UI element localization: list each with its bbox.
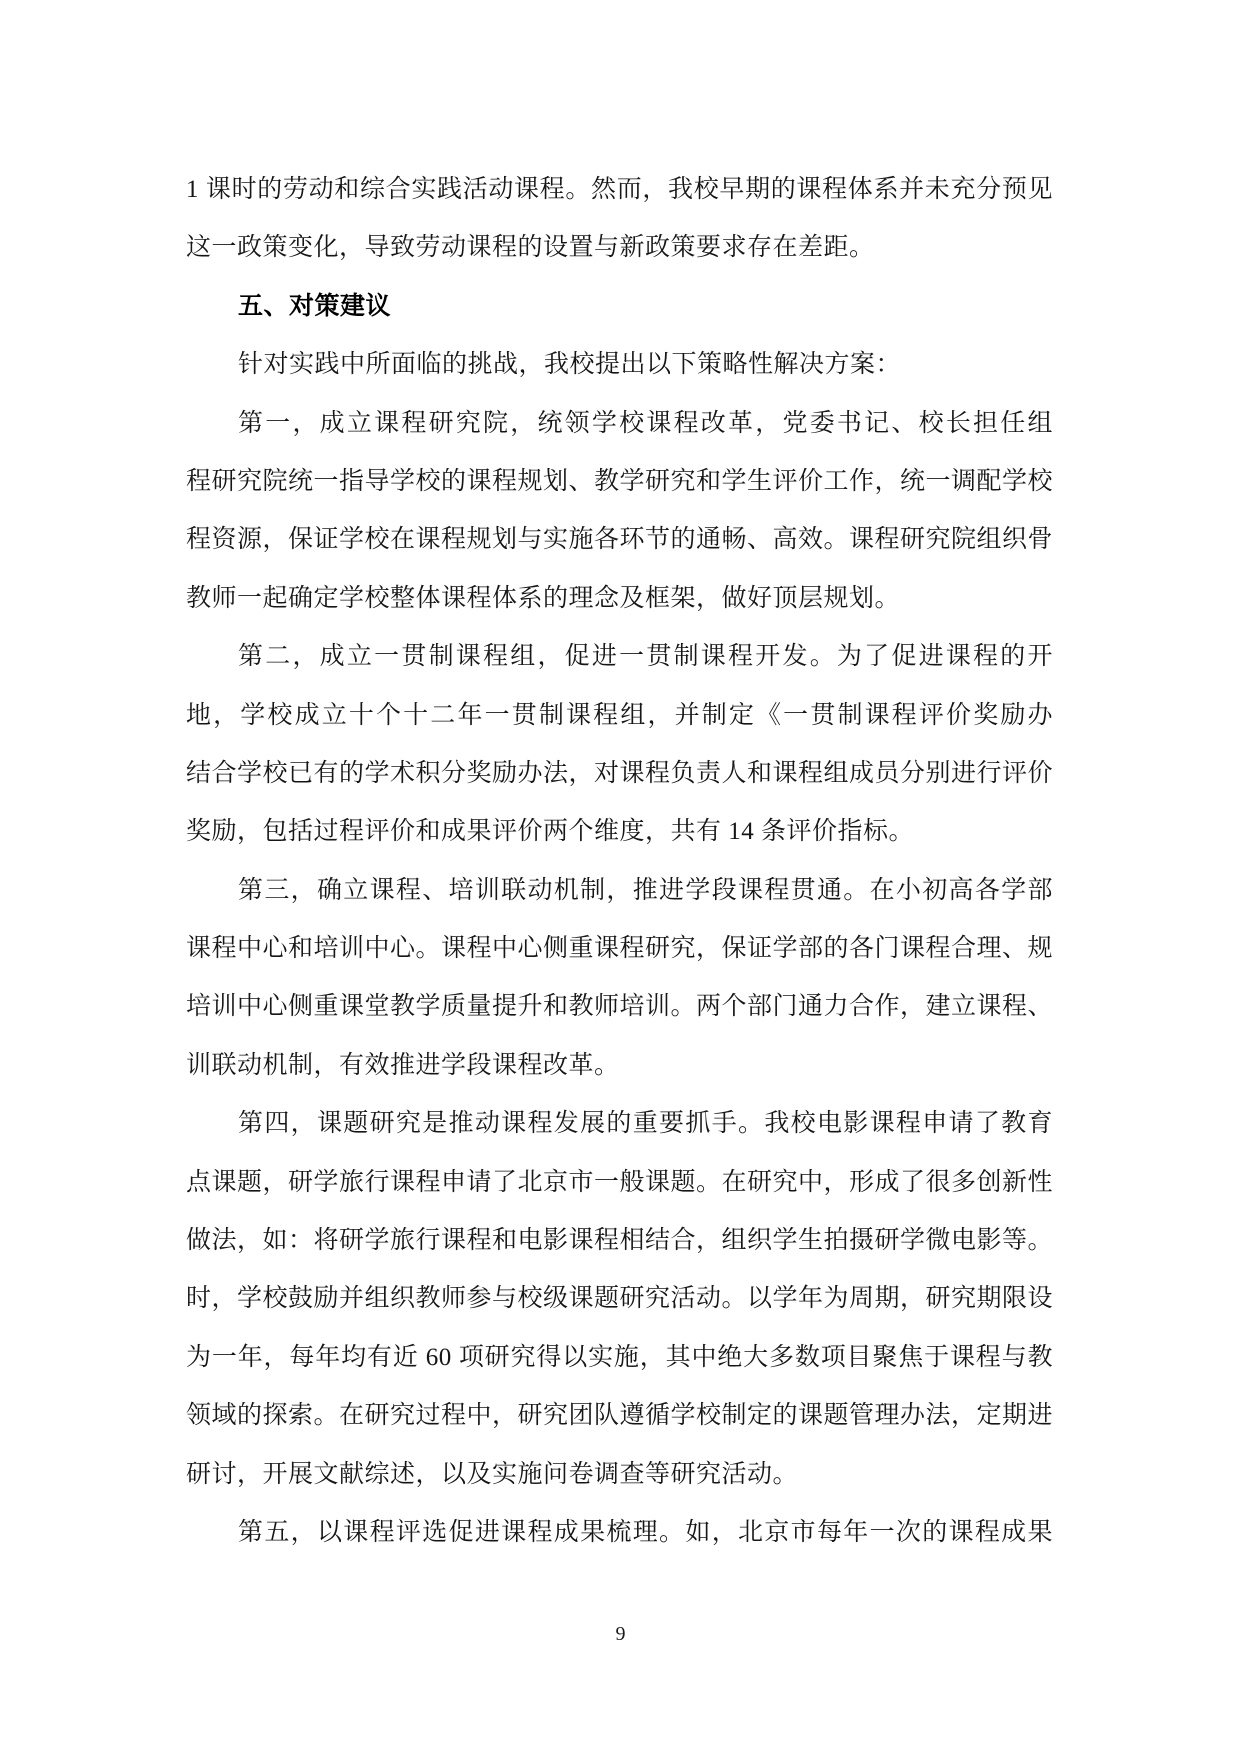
text-line: 第四，课题研究是推动课程发展的重要抓手。我校电影课程申请了教育部重 (186, 1095, 1053, 1153)
document-body: 1 课时的劳动和综合实践活动课程。然而，我校早期的课程体系并未充分预见到 这一政… (186, 161, 1053, 1562)
text-line: 针对实践中所面临的挑战，我校提出以下策略性解决方案： (186, 336, 1053, 394)
text-line: 做法，如：将研学旅行课程和电影课程相结合，组织学生拍摄研学微电影等。同 (186, 1212, 1053, 1270)
text-line: 第一，成立课程研究院，统领学校课程改革，党委书记、校长担任组长。课 (186, 395, 1053, 453)
text-line: 课程中心和培训中心。课程中心侧重课程研究，保证学部的各门课程合理、规范。 (186, 920, 1053, 978)
paragraph: 1 课时的劳动和综合实践活动课程。然而，我校早期的课程体系并未充分预见到 这一政… (186, 161, 1053, 278)
section-heading: 五、对策建议 (186, 278, 1053, 336)
text-line: 程资源，保证学校在课程规划与实施各环节的通畅、高效。课程研究院组织骨干 (186, 511, 1053, 569)
paragraph: 第二，成立一贯制课程组，促进一贯制课程开发。为了促进课程的开发、落 地，学校成立… (186, 628, 1053, 862)
paragraph: 第三，确立课程、培训联动机制，推进学段课程贯通。在小初高各学部成立 课程中心和培… (186, 862, 1053, 1096)
paragraph: 针对实践中所面临的挑战，我校提出以下策略性解决方案： (186, 336, 1053, 394)
paragraph: 第四，课题研究是推动课程发展的重要抓手。我校电影课程申请了教育部重 点课题，研学… (186, 1095, 1053, 1504)
section-heading-paragraph: 五、对策建议 (186, 278, 1053, 336)
paragraph: 第五，以课程评选促进课程成果梳理。如，北京市每年一次的课程成果评选， (186, 1504, 1053, 1562)
document-page: 1 课时的劳动和综合实践活动课程。然而，我校早期的课程体系并未充分预见到 这一政… (0, 0, 1241, 1754)
text-line: 点课题，研学旅行课程申请了北京市一般课题。在研究中，形成了很多创新性的 (186, 1154, 1053, 1212)
text-line: 训联动机制，有效推进学段课程改革。 (186, 1037, 1053, 1095)
text-line: 程研究院统一指导学校的课程规划、教学研究和学生评价工作，统一调配学校课 (186, 453, 1053, 511)
text-line: 1 课时的劳动和综合实践活动课程。然而，我校早期的课程体系并未充分预见到 (186, 161, 1053, 219)
text-line: 第二，成立一贯制课程组，促进一贯制课程开发。为了促进课程的开发、落 (186, 628, 1053, 686)
text-line: 这一政策变化，导致劳动课程的设置与新政策要求存在差距。 (186, 219, 1053, 277)
text-line: 教师一起确定学校整体课程体系的理念及框架，做好顶层规划。 (186, 570, 1053, 628)
text-line: 地，学校成立十个十二年一贯制课程组，并制定《一贯制课程评价奖励办法》， (186, 687, 1053, 745)
text-line: 领域的探索。在研究过程中，研究团队遵循学校制定的课题管理办法，定期进行 (186, 1387, 1053, 1445)
text-line: 研讨，开展文献综述，以及实施问卷调查等研究活动。 (186, 1446, 1053, 1504)
text-line: 奖励，包括过程评价和成果评价两个维度，共有 14 条评价指标。 (186, 803, 1053, 861)
paragraph: 第一，成立课程研究院，统领学校课程改革，党委书记、校长担任组长。课 程研究院统一… (186, 395, 1053, 629)
text-line: 时，学校鼓励并组织教师参与校级课题研究活动。以学年为周期，研究期限设定 (186, 1270, 1053, 1328)
page-number: 9 (0, 1621, 1241, 1647)
text-line: 第三，确立课程、培训联动机制，推进学段课程贯通。在小初高各学部成立 (186, 862, 1053, 920)
text-line: 培训中心侧重课堂教学质量提升和教师培训。两个部门通力合作，建立课程、培 (186, 978, 1053, 1036)
text-line: 为一年，每年均有近 60 项研究得以实施，其中绝大多数项目聚焦于课程与教学 (186, 1329, 1053, 1387)
text-line: 第五，以课程评选促进课程成果梳理。如，北京市每年一次的课程成果评选， (186, 1504, 1053, 1562)
text-line: 结合学校已有的学术积分奖励办法，对课程负责人和课程组成员分别进行评价及 (186, 745, 1053, 803)
